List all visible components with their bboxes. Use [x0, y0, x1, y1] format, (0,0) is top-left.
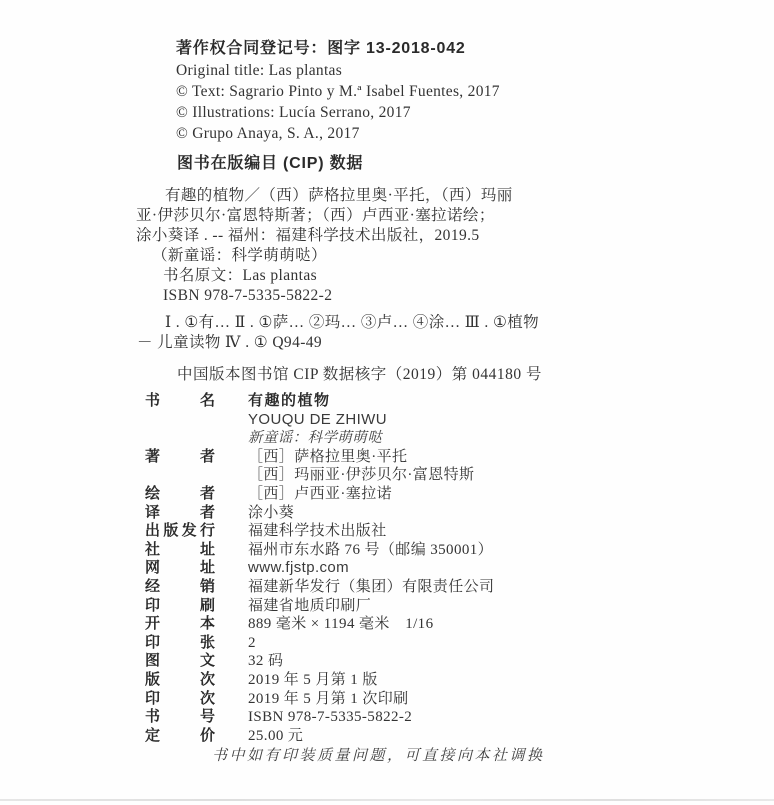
- colophon-row-value: 福建科学技术出版社: [248, 522, 387, 541]
- author-line: ［西］玛丽亚·伊莎贝尔·富恩特斯: [248, 466, 474, 485]
- colophon-row-label: 绘者: [145, 485, 215, 504]
- colophon-row-printer: 印刷 福建省地质印刷厂: [145, 597, 494, 616]
- cip-classification: Ⅰ . ①有… Ⅱ . ①萨… ②玛… ③卢… ④涂… Ⅲ . ①植物 － 儿童…: [137, 313, 539, 353]
- colophon-row-edition: 版次 2019 年 5 月第 1 版: [145, 671, 494, 690]
- colophon-row-isbn: 书号 ISBN 978-7-5335-5822-2: [145, 708, 494, 727]
- copyright-publisher-line: © Grupo Anaya, S. A., 2017: [176, 123, 500, 144]
- colophon-row-label: 图文: [145, 652, 215, 671]
- colophon-row-label: 印次: [145, 690, 215, 709]
- cip-record-number-line: 中国版本图书馆 CIP 数据核字（2019）第 044180 号: [177, 362, 542, 384]
- colophon-row-label: 出版发行: [145, 522, 215, 541]
- copyright-illustrations-line: © Illustrations: Lucía Serrano, 2017: [176, 102, 500, 123]
- colophon-row-publisher: 出版发行 福建科学技术出版社: [145, 522, 494, 541]
- colophon-row-address: 社址 福州市东水路 76 号（邮编 350001）: [145, 541, 494, 560]
- colophon-row-website: 网址 www.fjstp.com: [145, 559, 494, 578]
- cip-description-line: 涂小葵译 . -- 福州：福建科学技术出版社，2019.5: [136, 226, 596, 246]
- colophon-row-title: 书名 有趣的植物 YOUQU DE ZHIWU 新童谣：科学萌萌哒: [145, 392, 494, 448]
- colophon-row-label: 经销: [145, 578, 215, 597]
- print-quality-note: 书中如有印装质量问题，可直接向本社调换: [212, 744, 545, 765]
- colophon-row-value-group: ［西］萨格拉里奥·平托 ［西］玛丽亚·伊莎贝尔·富恩特斯: [248, 448, 474, 485]
- copyright-text-line: © Text: Sagrario Pinto y M.ª Isabel Fuen…: [176, 81, 500, 102]
- cip-series-line: （新童谣：科学萌萌哒）: [136, 246, 596, 266]
- colophon-row-label: 社址: [145, 541, 215, 560]
- book-series-name: 新童谣：科学萌萌哒: [248, 429, 387, 448]
- book-title-pinyin: YOUQU DE ZHIWU: [248, 411, 387, 430]
- colophon-row-value: 32 码: [248, 652, 283, 671]
- colophon-row-pages: 图文 32 码: [145, 652, 494, 671]
- publisher-website-url: www.fjstp.com: [248, 559, 349, 578]
- colophon-row-value: 涂小葵: [248, 504, 294, 523]
- book-title-cn: 有趣的植物: [248, 392, 387, 411]
- colophon-table: 书名 有趣的植物 YOUQU DE ZHIWU 新童谣：科学萌萌哒 著者 ［西］…: [145, 392, 494, 745]
- colophon-row-sheets: 印张 2: [145, 634, 494, 653]
- colophon-row-translator: 译者 涂小葵: [145, 504, 494, 523]
- colophon-row-value: 2019 年 5 月第 1 次印刷: [248, 690, 409, 709]
- cip-isbn-line: ISBN 978-7-5335-5822-2: [136, 286, 596, 306]
- colophon-row-label: 定价: [145, 727, 215, 746]
- colophon-row-value: 福建新华发行（集团）有限责任公司: [248, 578, 494, 597]
- colophon-row-price: 定价 25.00 元: [145, 727, 494, 746]
- cip-description-line: 亚·伊莎贝尔·富恩特斯著；（西）卢西亚·塞拉诺绘；: [136, 206, 596, 226]
- page-bottom-edge: [0, 799, 774, 801]
- cip-description: 有趣的植物／（西）萨格拉里奥·平托，（西）玛丽 亚·伊莎贝尔·富恩特斯著；（西）…: [136, 186, 596, 306]
- colophon-row-label: 版次: [145, 671, 215, 690]
- colophon-row-label: 网址: [145, 559, 215, 578]
- colophon-row-value: 福州市东水路 76 号（邮编 350001）: [248, 541, 493, 560]
- colophon-row-label: 印张: [145, 634, 215, 653]
- colophon-row-value: 2: [248, 634, 256, 653]
- colophon-row-value: 2019 年 5 月第 1 版: [248, 671, 378, 690]
- copyright-registration-line: 著作权合同登记号：图字 13-2018-042: [176, 38, 500, 59]
- copyright-block: 著作权合同登记号：图字 13-2018-042 Original title: …: [176, 38, 500, 144]
- cip-classification-line: － 儿童读物 Ⅳ . ① Q94-49: [137, 333, 539, 353]
- colophon-row-label: 开本: [145, 615, 215, 634]
- cip-classification-line: Ⅰ . ①有… Ⅱ . ①萨… ②玛… ③卢… ④涂… Ⅲ . ①植物: [137, 313, 539, 333]
- book-isbn: ISBN 978-7-5335-5822-2: [248, 708, 412, 727]
- colophon-row-label: 著者: [145, 448, 215, 467]
- cip-original-title-line: 书名原文：Las plantas: [136, 266, 596, 286]
- colophon-row-label: 译者: [145, 504, 215, 523]
- colophon-row-label: 书号: [145, 708, 215, 727]
- cip-description-line: 有趣的植物／（西）萨格拉里奥·平托，（西）玛丽: [136, 186, 596, 206]
- book-copyright-page: 著作权合同登记号：图字 13-2018-042 Original title: …: [0, 0, 774, 805]
- original-title-line: Original title: Las plantas: [176, 60, 500, 81]
- colophon-row-distributor: 经销 福建新华发行（集团）有限责任公司: [145, 578, 494, 597]
- book-price: 25.00 元: [248, 727, 303, 746]
- colophon-row-impression: 印次 2019 年 5 月第 1 次印刷: [145, 690, 494, 709]
- cip-heading: 图书在版编目 (CIP) 数据: [177, 150, 363, 173]
- colophon-row-illustrator: 绘者 ［西］卢西亚·塞拉诺: [145, 485, 494, 504]
- colophon-row-label: 印刷: [145, 597, 215, 616]
- colophon-row-author: 著者 ［西］萨格拉里奥·平托 ［西］玛丽亚·伊莎贝尔·富恩特斯: [145, 448, 494, 485]
- colophon-row-value: ［西］卢西亚·塞拉诺: [248, 485, 392, 504]
- colophon-row-value-group: 有趣的植物 YOUQU DE ZHIWU 新童谣：科学萌萌哒: [248, 392, 387, 448]
- colophon-row-value: 福建省地质印刷厂: [248, 597, 371, 616]
- colophon-row-format: 开本 889 毫米 × 1194 毫米 1/16: [145, 615, 494, 634]
- colophon-row-value: 889 毫米 × 1194 毫米 1/16: [248, 615, 433, 634]
- author-line: ［西］萨格拉里奥·平托: [248, 448, 474, 467]
- colophon-row-label: 书名: [145, 392, 215, 411]
